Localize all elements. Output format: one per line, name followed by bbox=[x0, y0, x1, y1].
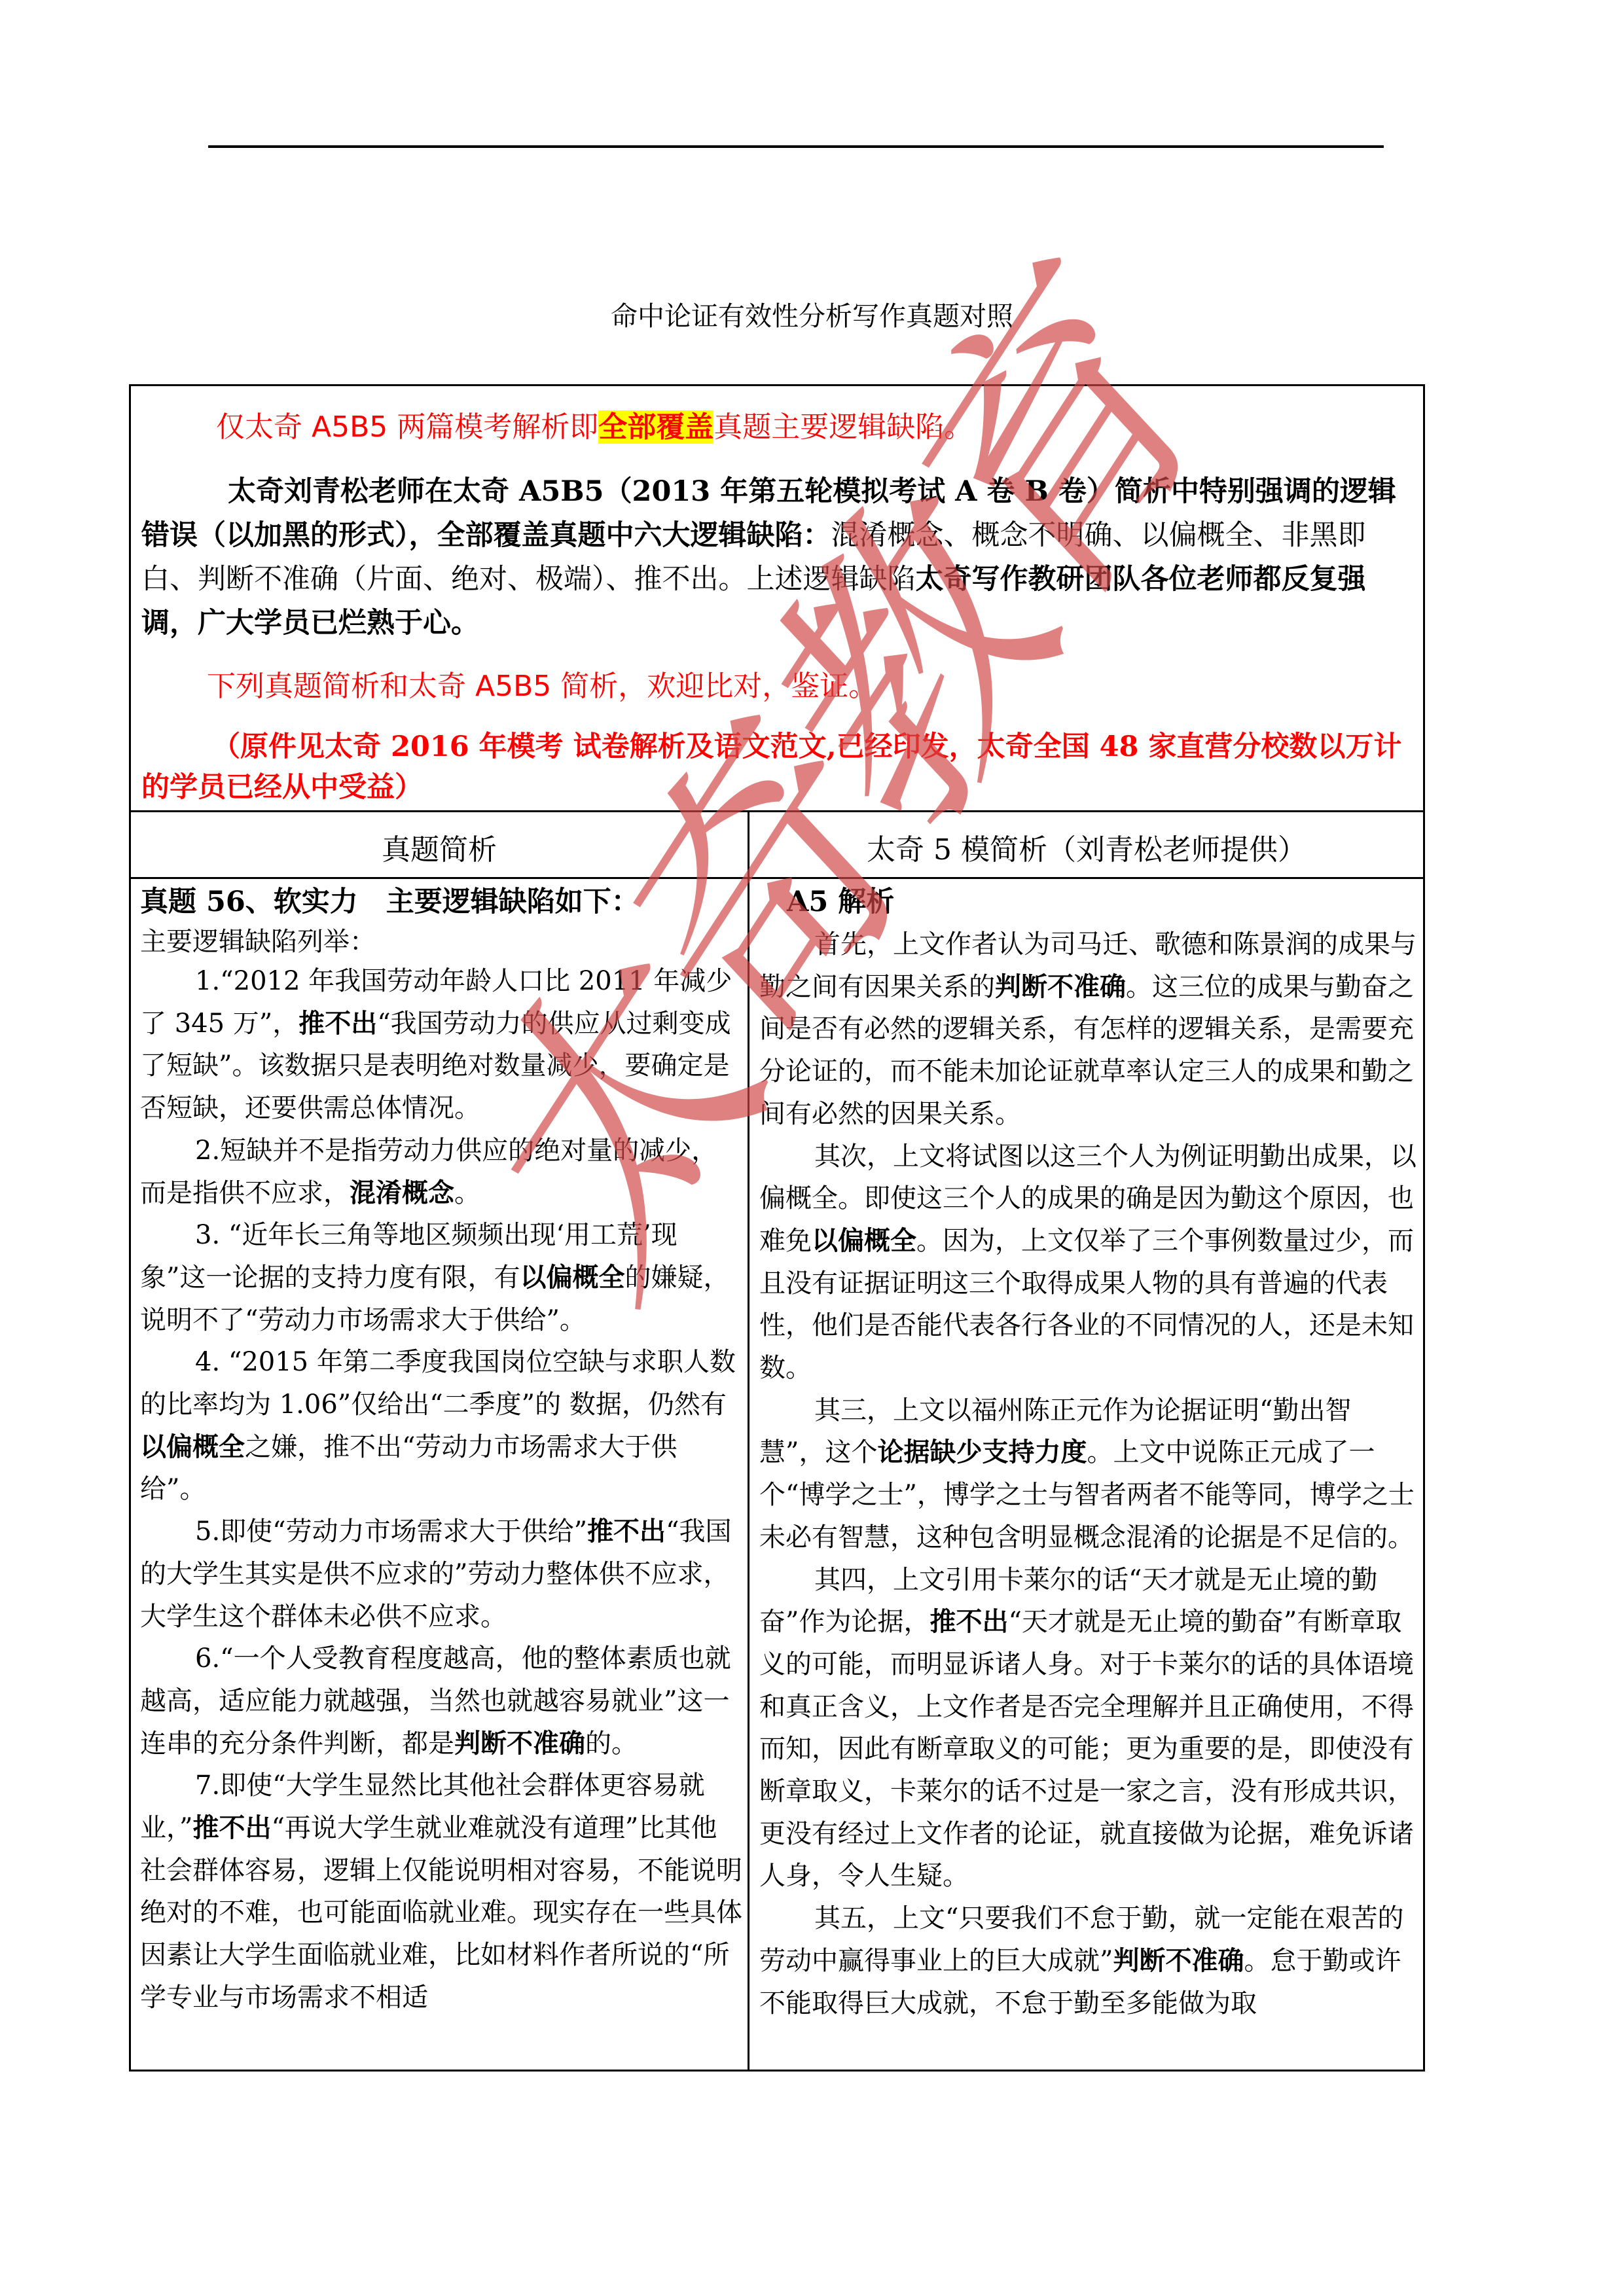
intro-text: 卷 bbox=[977, 475, 1025, 508]
intro-text: A5B5 bbox=[519, 475, 604, 508]
source-note-text: 48 bbox=[1100, 730, 1139, 763]
source-note-text: 2016 bbox=[391, 730, 469, 763]
intro-text: （ bbox=[604, 475, 632, 508]
list-item: 2.短缺并不是指劳动力供应的绝对量的减少，而是指供不应求，混淆概念。 bbox=[140, 1130, 742, 1214]
fallacy-label: 判断不准确 bbox=[454, 1728, 585, 1759]
taiqi-analysis-cell: A5 解析 首先，上文作者认为司马迁、歌德和陈景润的成果与勤之间有因果关系的判断… bbox=[759, 880, 1416, 2024]
fallacy-label: 混淆概念 bbox=[350, 1177, 454, 1208]
a5-heading: A5 解析 bbox=[759, 880, 1416, 924]
list-item: 5.即使“劳动力市场需求大于供给”推不出“我国的大学生其实是供不应求的”劳动力整… bbox=[140, 1511, 742, 1638]
page-title: 命中论证有效性分析写作真题对照 bbox=[0, 295, 1624, 333]
fallacy-label: 推不出 bbox=[929, 1606, 1008, 1637]
source-note-text: 年模考 试卷解析及语文范文,已经印发，太奇全国 bbox=[469, 730, 1100, 763]
paragraph-text: “天才就是无止境的勤奋”有断章取义的可能，而明显诉诸人身。对于卡莱尔的话的具体语… bbox=[759, 1607, 1414, 1891]
exam-analysis-cell: 真题 56、软实力 主要逻辑缺陷如下： 主要逻辑缺陷列举： 1.“2012 年我… bbox=[140, 880, 742, 2019]
column-header-taiqi: 太奇 5 模简析（刘青松老师提供） bbox=[749, 826, 1424, 868]
fallacy-label: 论据缺少支持力度 bbox=[877, 1437, 1087, 1467]
list-item: 6.“一个人受教育程度越高，他的整体素质也就越高，适应能力就越强，当然也就越容易… bbox=[140, 1638, 742, 1765]
fallacy-label: 以偏概全 bbox=[140, 1431, 245, 1462]
analysis-paragraph: 其次，上文将试图以这三个人为例证明勤出成果，以偏概全。即使这三个人的成果的确是因… bbox=[759, 1136, 1416, 1390]
fallacy-label: 推不出 bbox=[298, 1008, 377, 1039]
intro-headline: 仅太奇 A5B5 两篇模考解析即全部覆盖真题主要逻辑缺陷。 bbox=[216, 406, 973, 449]
item-text: 4. “2015 年第二季度我国岗位空缺与求职人数的比率均为 1.06”仅给出“… bbox=[140, 1347, 736, 1420]
item-text: 6.“一个人受教育程度越高，他的整体素质也就越高，适应能力就越强，当然也就越容易… bbox=[140, 1643, 731, 1758]
fallacy-label: 判断不准确 bbox=[1113, 1945, 1244, 1976]
fallacy-label: 推不出 bbox=[192, 1812, 271, 1843]
intro-source-note: （原件见太奇 2016 年模考 试卷解析及语文范文,已经印发，太奇全国 48 家… bbox=[141, 726, 1415, 808]
list-item: 3. “近年长三角等地区频频出现‘用工荒’现象”这一论据的支持力度有限，有以偏概… bbox=[140, 1214, 742, 1341]
item-text: 5.即使“劳动力市场需求大于供给” bbox=[195, 1516, 587, 1547]
fallacy-label: 以偏概全 bbox=[520, 1262, 624, 1293]
intro-text: 太奇刘青松老师在太奇 bbox=[228, 475, 519, 508]
highlighted-phrase: 全部覆盖 bbox=[598, 410, 713, 444]
source-note-text: （原件见太奇 bbox=[212, 730, 391, 763]
analysis-paragraph: 其五，上文“只要我们不怠于勤，就一定能在艰苦的劳动中赢得事业上的巨大成就”判断不… bbox=[759, 1897, 1416, 2024]
intro-text: 2013 bbox=[632, 475, 711, 508]
list-item: 4. “2015 年第二季度我国岗位空缺与求职人数的比率均为 1.06”仅给出“… bbox=[140, 1341, 742, 1511]
fallacy-label: 以偏概全 bbox=[812, 1225, 916, 1256]
fallacy-label: 推不出 bbox=[587, 1516, 666, 1547]
fallacy-label: 判断不准确 bbox=[995, 971, 1126, 1002]
intro-headline-text-end: 真题主要逻辑缺陷。 bbox=[713, 410, 973, 444]
header-rule bbox=[208, 145, 1384, 148]
intro-paragraph: 太奇刘青松老师在太奇 A5B5（2013 年第五轮模拟考试 A 卷 B 卷）简析… bbox=[141, 470, 1415, 645]
list-item: 1.“2012 年我国劳动年龄人口比 2011 年减少了 345 万”，推不出“… bbox=[140, 960, 742, 1130]
list-item: 7.即使“大学生显然比其他社会群体更容易就业，”推不出“再说大学生就业难就没有道… bbox=[140, 1765, 742, 2018]
exam-subheading: 主要逻辑缺陷列举： bbox=[140, 924, 742, 960]
item-text: 的。 bbox=[585, 1729, 638, 1759]
intro-text: 年第五轮模拟考试 bbox=[710, 475, 955, 508]
exam-heading: 真题 56、软实力 主要逻辑缺陷如下： bbox=[140, 880, 742, 924]
analysis-paragraph: 其三，上文以福州陈正元作为论据证明“勤出智慧”，这个论据缺少支持力度。上文中说陈… bbox=[759, 1390, 1416, 1559]
analysis-paragraph: 其四，上文引用卡莱尔的话“天才就是无止境的勤奋”作为论据，推不出“天才就是无止境… bbox=[759, 1559, 1416, 1898]
intro-invite: 下列真题简析和太奇 A5B5 简析，欢迎比对，鉴证。 bbox=[207, 665, 877, 708]
item-text: 。 bbox=[454, 1178, 480, 1208]
intro-text: B bbox=[1025, 475, 1049, 508]
intro-text: A bbox=[955, 475, 977, 508]
intro-headline-text: 仅太奇 A5B5 两篇模考解析即 bbox=[216, 410, 598, 444]
column-header-exam: 真题简析 bbox=[131, 826, 748, 868]
analysis-paragraph: 首先，上文作者认为司马迁、歌德和陈景润的成果与勤之间有因果关系的判断不准确。这三… bbox=[759, 924, 1416, 1136]
column-divider bbox=[748, 810, 749, 2072]
